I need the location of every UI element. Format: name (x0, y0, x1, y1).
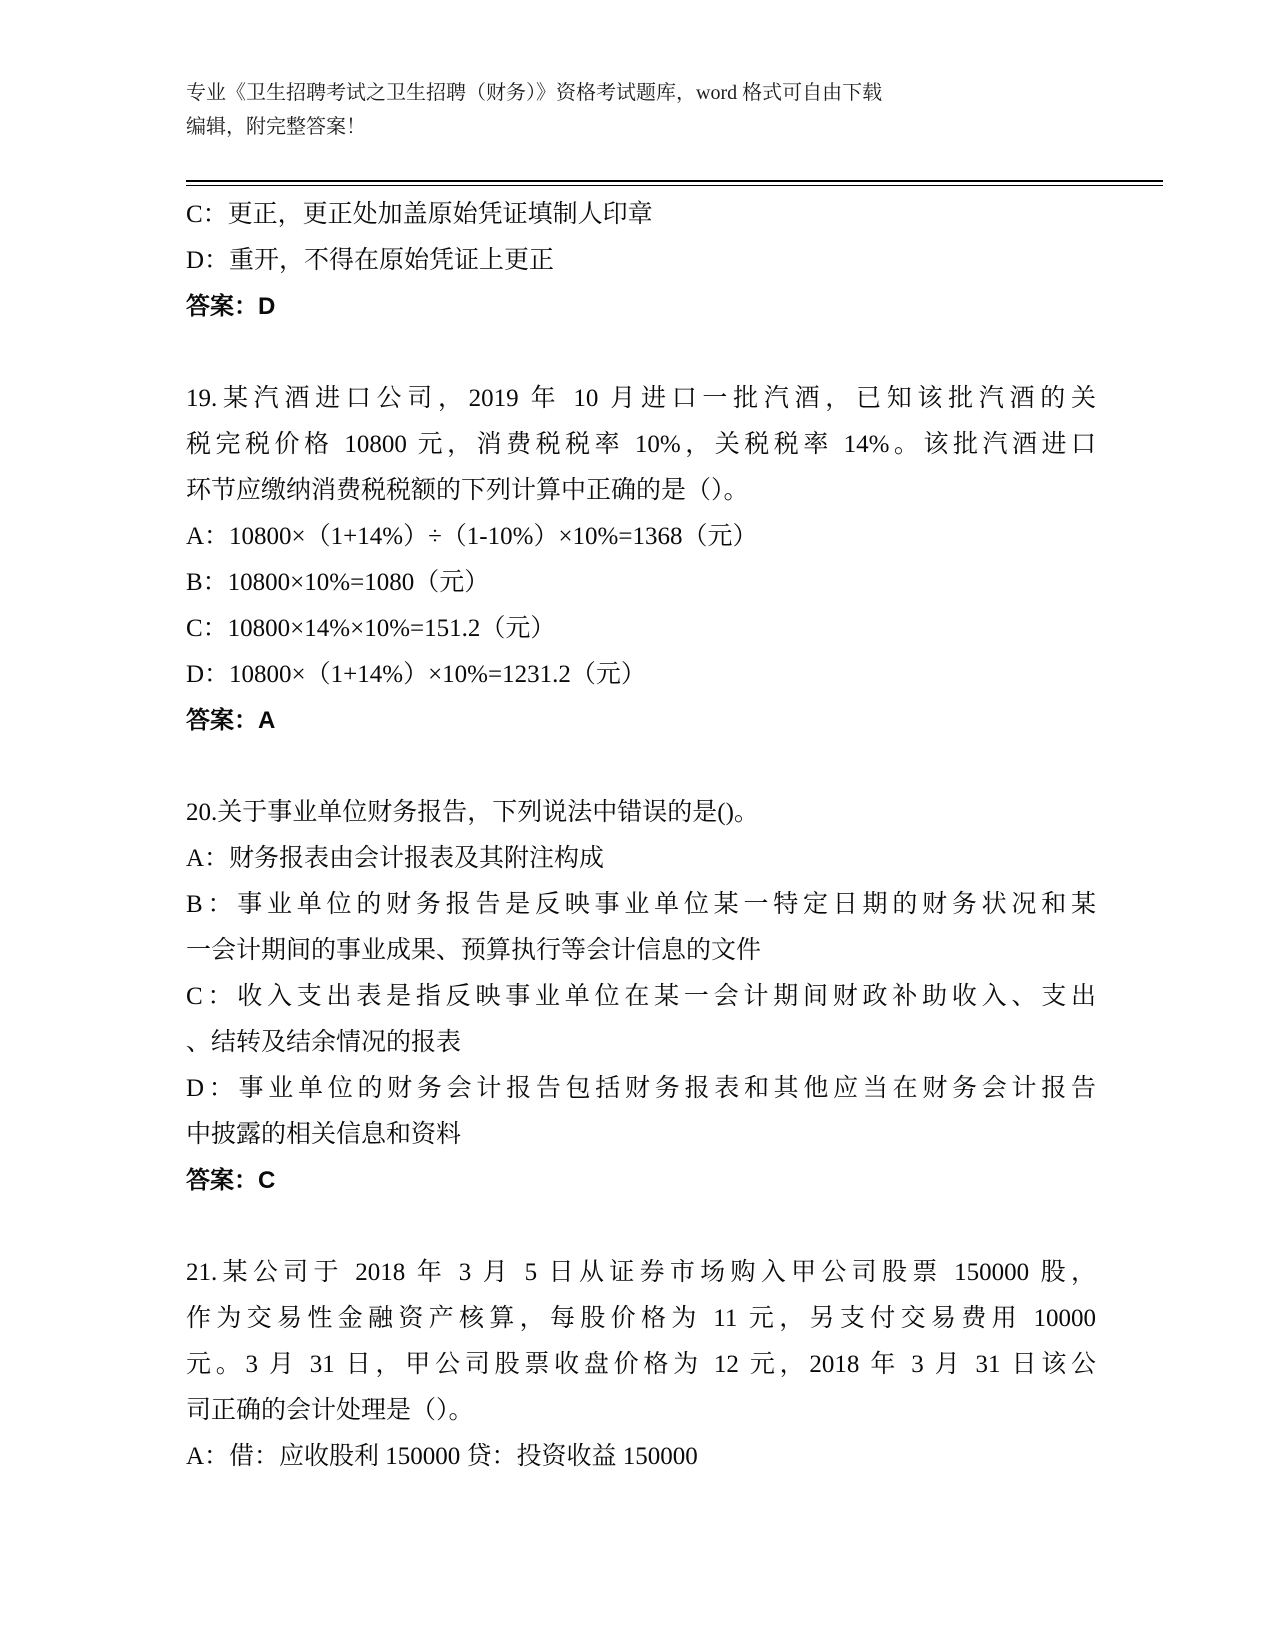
question-20-option-d-line-2: 中披露的相关信息和资料 (186, 1112, 1096, 1158)
question-20-answer: 答案：C (186, 1158, 1096, 1204)
question-19-option-d: D：10800×（1+14%）×10%=1231.2（元） (186, 652, 1096, 698)
question-20-option-a: A：财务报表由会计报表及其附注构成 (186, 836, 1096, 882)
question-19-option-c: C：10800×14%×10%=151.2（元） (186, 606, 1096, 652)
document-page: 专业《卫生招聘考试之卫生招聘（财务）》资格考试题库，word 格式可自由下载 编… (0, 0, 1275, 1650)
question-20-option-c-line-2: 、结转及结余情况的报表 (186, 1020, 1096, 1066)
question-21-option-a: A：借：应收股利 150000 贷：投资收益 150000 (186, 1434, 1096, 1480)
question-18-option-d: D：重开，不得在原始凭证上更正 (186, 238, 1096, 284)
question-18-answer: 答案：D (186, 284, 1096, 330)
question-21-line-1: 21.某公司于 2018 年 3 月 5 日从证券市场购入甲公司股票 15000… (186, 1250, 1096, 1296)
question-20-option-d-line-1: D：事业单位的财务会计报告包括财务报表和其他应当在财务会计报告 (186, 1066, 1096, 1112)
question-20-option-c-line-1: C：收入支出表是指反映事业单位在某一会计期间财政补助收入、支出 (186, 974, 1096, 1020)
question-20-option-b-line-1: B：事业单位的财务报告是反映事业单位某一特定日期的财务状况和某 (186, 882, 1096, 928)
header-tagline-line-1: 专业《卫生招聘考试之卫生招聘（财务）》资格考试题库，word 格式可自由下载 (186, 76, 1096, 110)
header-double-rule (186, 180, 1163, 186)
question-19-line-1: 19.某汽酒进口公司，2019 年 10 月进口一批汽酒，已知该批汽酒的关 (186, 376, 1096, 422)
question-19-option-b: B：10800×10%=1080（元） (186, 560, 1096, 606)
question-19-line-3: 环节应缴纳消费税税额的下列计算中正确的是（）。 (186, 468, 1096, 514)
header-tagline-line-2: 编辑，附完整答案！ (186, 110, 1096, 144)
question-21-line-4: 司正确的会计处理是（）。 (186, 1388, 1096, 1434)
question-19-answer: 答案：A (186, 698, 1096, 744)
question-19-option-a: A：10800×（1+14%）÷（1-10%）×10%=1368（元） (186, 514, 1096, 560)
question-19-line-2: 税完税价格 10800 元，消费税税率 10%，关税税率 14%。该批汽酒进口 (186, 422, 1096, 468)
question-20-option-b-line-2: 一会计期间的事业成果、预算执行等会计信息的文件 (186, 928, 1096, 974)
question-18-option-c: C：更正，更正处加盖原始凭证填制人印章 (186, 192, 1096, 238)
question-21-line-3: 元。3 月 31 日，甲公司股票收盘价格为 12 元，2018 年 3 月 31… (186, 1342, 1096, 1388)
question-20-line-1: 20.关于事业单位财务报告，下列说法中错误的是()。 (186, 790, 1096, 836)
question-21-line-2: 作为交易性金融资产核算，每股价格为 11 元，另支付交易费用 10000 (186, 1296, 1096, 1342)
